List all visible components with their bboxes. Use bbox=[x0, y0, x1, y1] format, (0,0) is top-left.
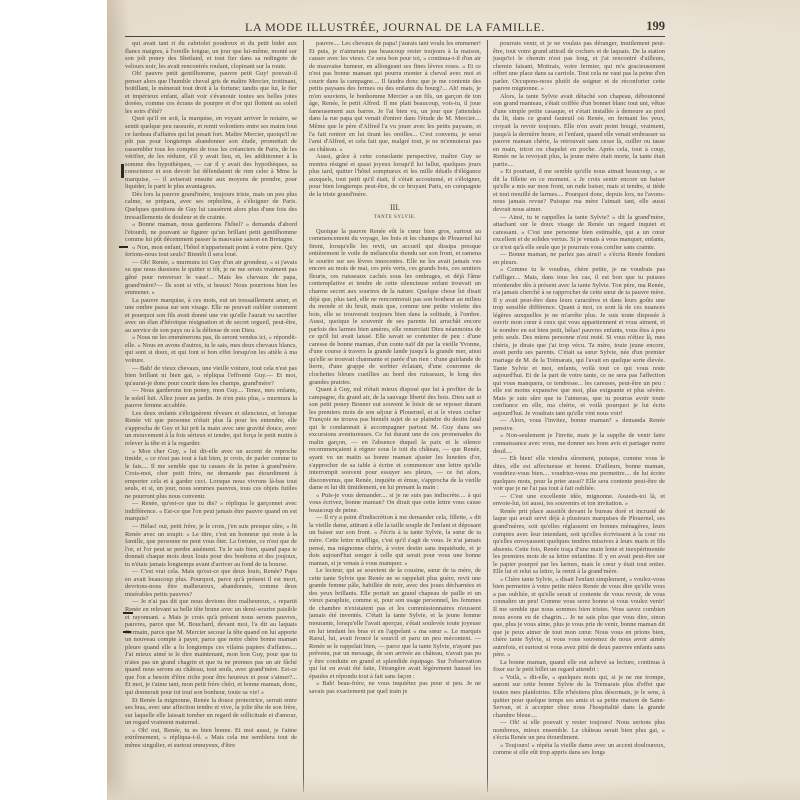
paragraph: — Je n'ai pas dit que nous devions être … bbox=[125, 598, 297, 696]
paragraph: — Renée, qu'est-ce que tu dis? » répliqu… bbox=[125, 500, 297, 523]
paragraph: Dès lors la pauvre grand'mère, toujours … bbox=[125, 191, 297, 221]
column-1: qui avait tant ri du cabriolet poudreux … bbox=[125, 40, 297, 792]
paragraph: — C'est une excellente idée, mignonne. A… bbox=[493, 493, 665, 508]
paragraph: — Hélas! oui, petit frère, je le crois, … bbox=[125, 523, 297, 568]
paragraph: — Nous garderons ton poney, mon Guy.... … bbox=[125, 387, 297, 410]
paragraph: « Voilà, » dit-elle, « quelques mots qui… bbox=[493, 674, 665, 719]
paragraph: « Et pourtant, il me semble qu'elle nous… bbox=[493, 168, 665, 213]
running-title: LA MODE ILLUSTRÉE, JOURNAL DE LA FAMILLE… bbox=[125, 20, 665, 35]
paragraph: — Eh bien! elle viendra sûrement, puisqu… bbox=[493, 455, 665, 493]
paragraph: « Comme tu le voudras, chère petite, je … bbox=[493, 266, 665, 417]
page-number: 199 bbox=[646, 19, 665, 34]
paragraph: Les deux enfants s'éloignèrent rêveurs e… bbox=[125, 410, 297, 448]
paragraph: qui avait tant ri du cabriolet poudreux … bbox=[125, 40, 297, 70]
paragraph: Quoi qu'il en soit, la marquise, en voya… bbox=[125, 115, 297, 190]
paragraph: — Bonne maman, ne parlez pas ainsi! » s'… bbox=[493, 251, 665, 266]
ink-mark bbox=[121, 164, 124, 178]
column-divider bbox=[487, 40, 488, 792]
paragraph: « Puis-je vous demander.... si je ne sui… bbox=[309, 492, 481, 515]
paragraph: « Oh! oui, Renée, tu es bien bonne. Et m… bbox=[125, 727, 297, 750]
paragraph: « Chère tante Sylvie, » disait l'enfant … bbox=[493, 576, 665, 659]
paragraph: « Nous ne les emmènerons pas, ils seront… bbox=[125, 334, 297, 364]
paragraph: « Non, mon enfant, l'hôtel n'appartenait… bbox=[125, 244, 297, 259]
column-2: pauvre.... Les chevaux de papa! j'aurais… bbox=[309, 40, 481, 792]
text-columns: qui avait tant ri du cabriolet poudreux … bbox=[125, 40, 665, 792]
paragraph: « Bonne maman, nous garderons l'hôtel? »… bbox=[125, 221, 297, 244]
paragraph: Quoique la pauvre Renée eût le cœur bien… bbox=[309, 228, 481, 386]
ink-mark bbox=[119, 246, 128, 248]
scanned-magazine-page: LA MODE ILLUSTRÉE, JOURNAL DE LA FAMILLE… bbox=[107, 0, 800, 800]
paragraph: — Alors, vous l'invitez, bonne maman? » … bbox=[493, 417, 665, 432]
ink-mark bbox=[123, 612, 133, 614]
paragraph: Renée prit place aussitôt devant le bure… bbox=[493, 508, 665, 576]
paragraph: — Oh! Renée, » murmura ici Guy d'un air … bbox=[125, 259, 297, 297]
page-header: LA MODE ILLUSTRÉE, JOURNAL DE LA FAMILLE… bbox=[125, 16, 665, 37]
paragraph: Le lecteur, qui se souvient de la cousin… bbox=[309, 567, 481, 680]
paragraph: pauvre.... Les chevaux de papa! j'aurais… bbox=[309, 40, 481, 153]
paragraph: Alors, la tante Sylvie avait détaché son… bbox=[493, 93, 665, 168]
paragraph: « Bah! beau-frère, ne vous inquiétez pas… bbox=[309, 680, 481, 695]
paragraph: « Toujours! » répéta la vieille dame ave… bbox=[493, 742, 665, 757]
paragraph: Et Renée la mignonne, Renée la douce pro… bbox=[125, 697, 297, 727]
section-number: III. bbox=[309, 204, 481, 212]
ink-mark bbox=[123, 631, 131, 633]
paragraph: — Il n'y a point d'indiscrétion à me dem… bbox=[309, 514, 481, 567]
paragraph: — C'est vrai cela. Mais qu'est-ce que de… bbox=[125, 568, 297, 598]
column-3: pourrais venir, et je ne voulais pas dér… bbox=[493, 40, 665, 792]
paragraph: Quant à Guy, nul n'était mieux disposé q… bbox=[309, 386, 481, 492]
paragraph: — Ainsi, tu te rappelles la tante Sylvie… bbox=[493, 214, 665, 252]
column-divider bbox=[303, 40, 304, 792]
paragraph: La pauvre marquise, à ces mots, eut un t… bbox=[125, 297, 297, 335]
section-title: TANTE SYLVIE. bbox=[309, 214, 481, 222]
paragraph: La bonne maman, quand elle eut achevé sa… bbox=[493, 659, 665, 674]
paragraph: Oh! pauvre petit gentilhomme, pauvre pet… bbox=[125, 70, 297, 115]
paragraph: — Bah! de vieux chevaux, une vieille voi… bbox=[125, 365, 297, 388]
paragraph: — Oh! si elle pouvait y rester toujours!… bbox=[493, 719, 665, 742]
paragraph: pourrais venir, et je ne voulais pas dér… bbox=[493, 40, 665, 93]
paragraph: « Non-seulement je l'invite, mais je la … bbox=[493, 432, 665, 455]
paragraph: Aussi, grâce à cette consolante perspect… bbox=[309, 153, 481, 198]
paragraph: « Mon cher Guy, » lui dit-elle avec un a… bbox=[125, 448, 297, 501]
